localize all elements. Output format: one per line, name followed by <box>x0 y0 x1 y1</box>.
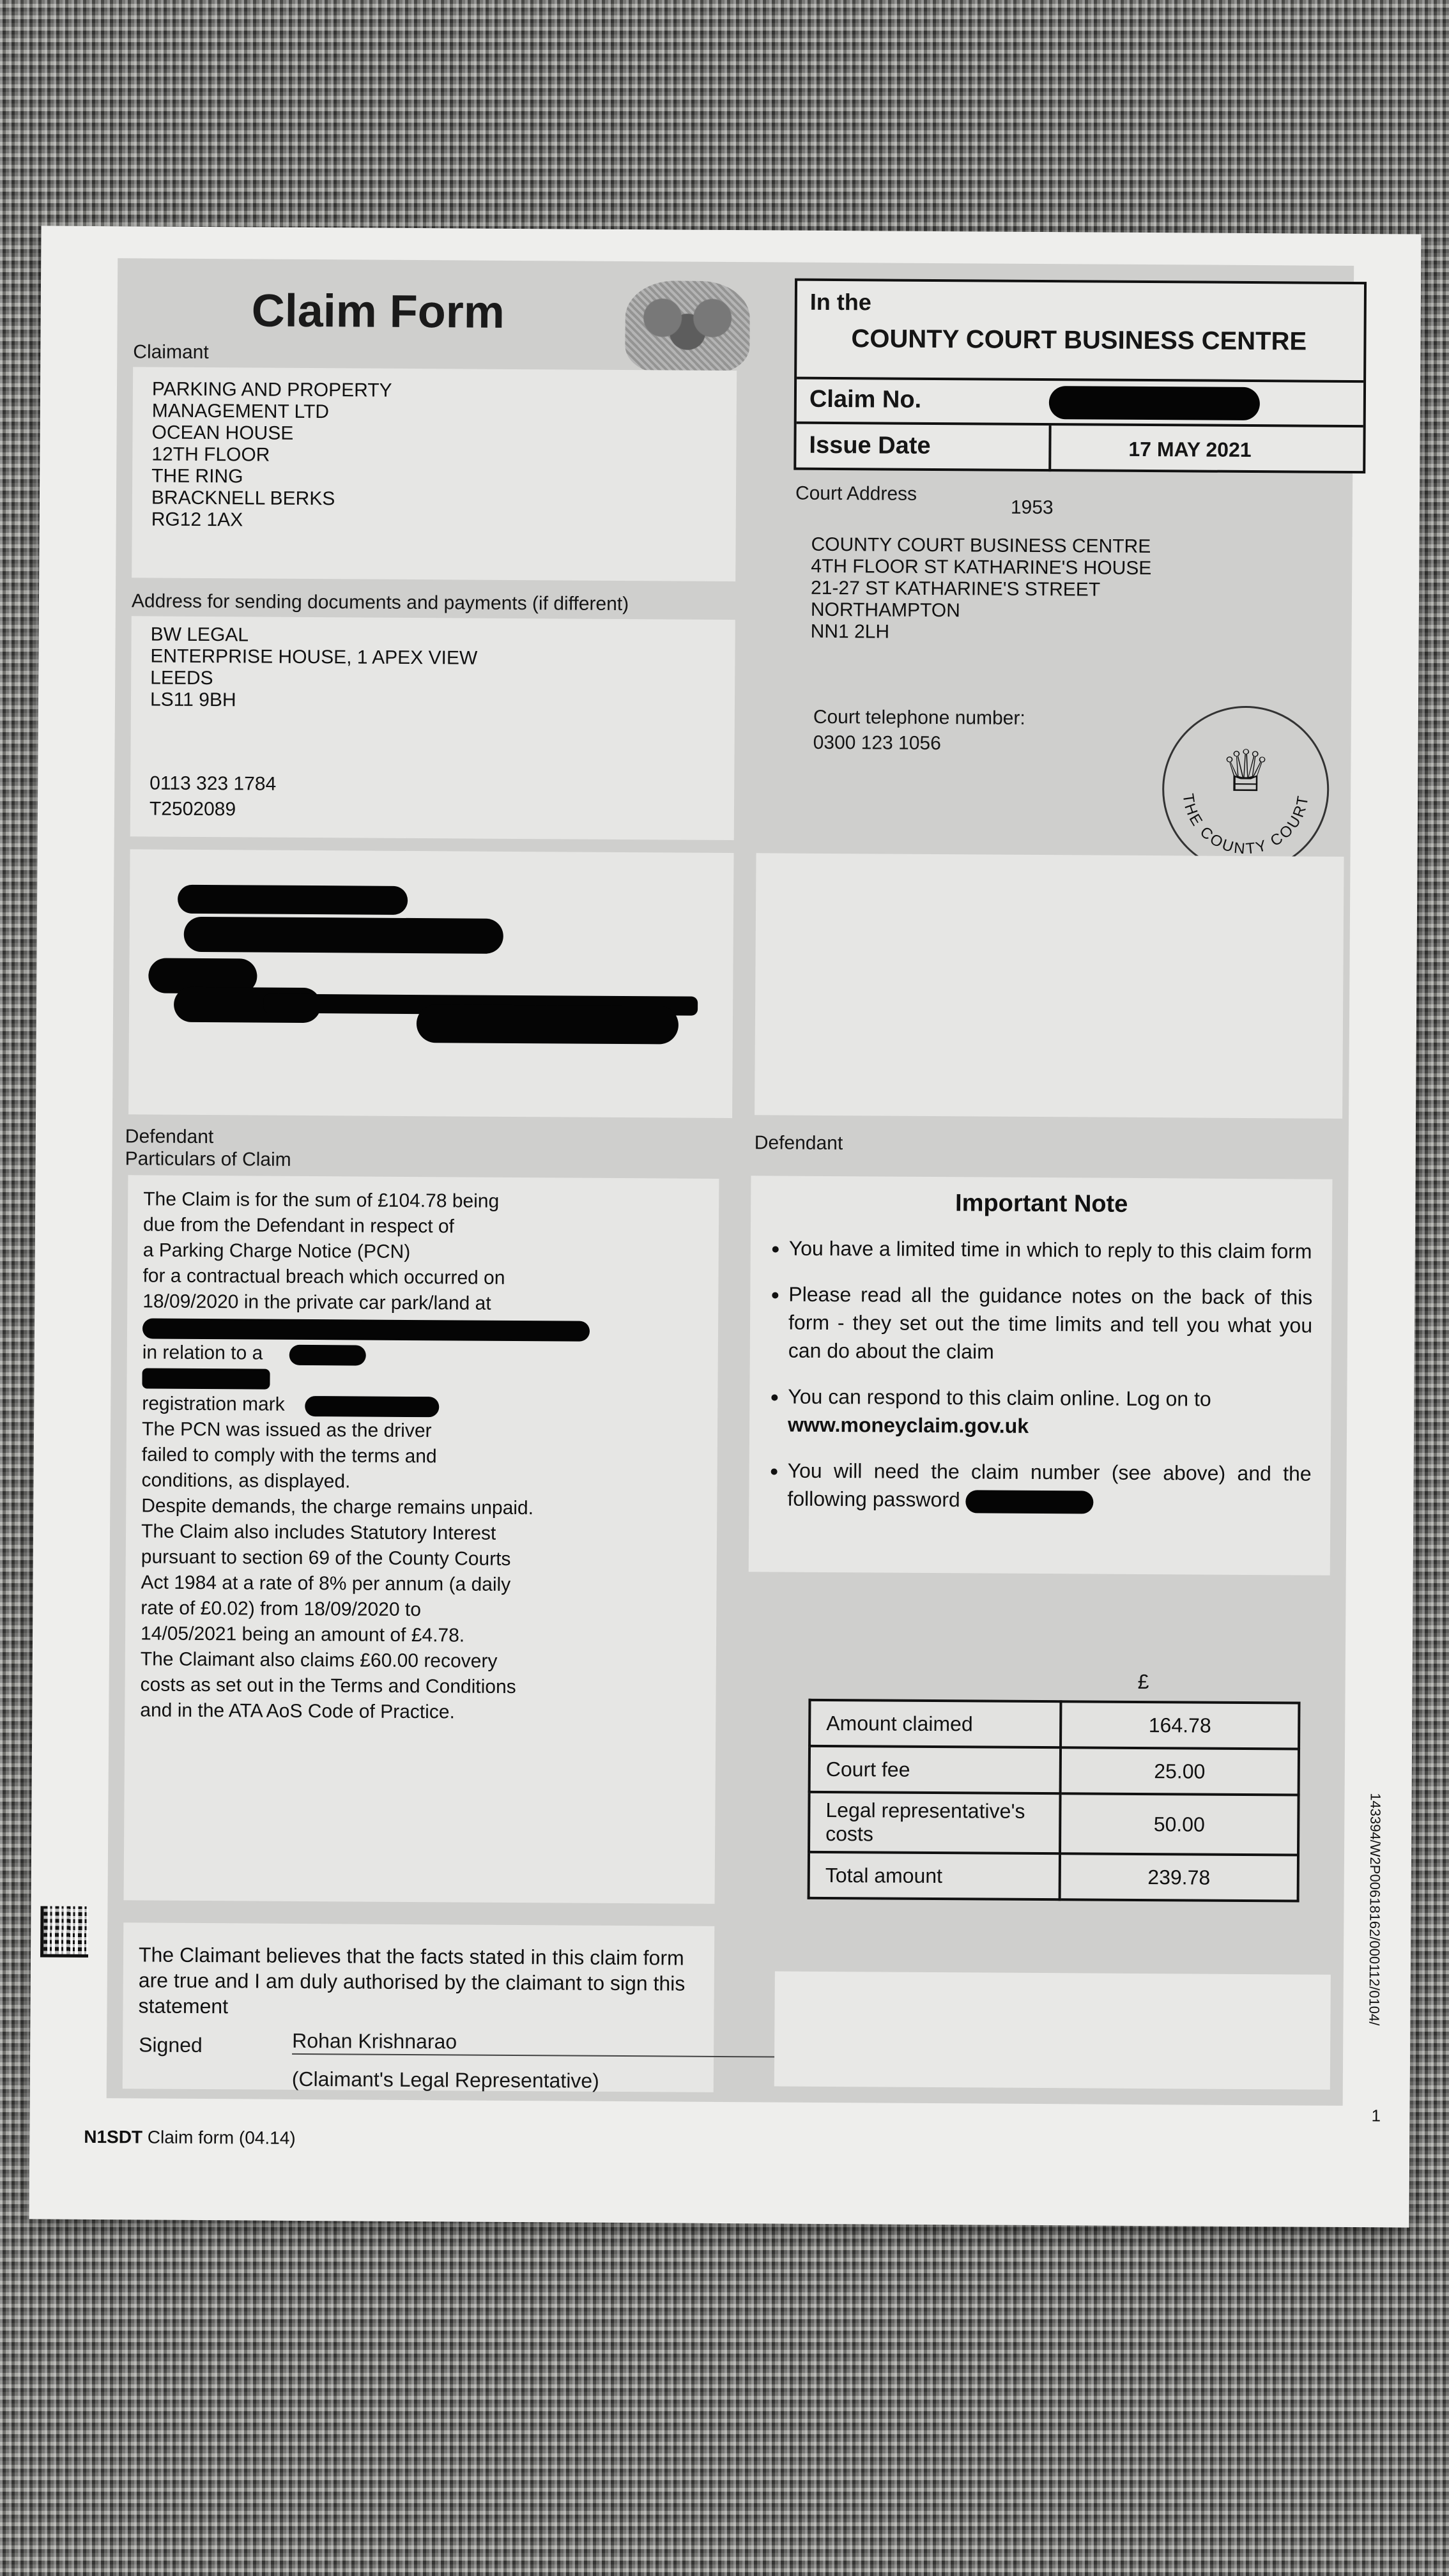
defendant-redaction-6 <box>417 1004 678 1045</box>
amount-claimed-label: Amount claimed <box>809 1700 1061 1747</box>
court-use-box <box>774 1971 1331 2089</box>
table-row: Amount claimed 164.78 <box>809 1700 1299 1749</box>
court-code: 1953 <box>1011 497 1054 519</box>
court-address: COUNTY COURT BUSINESS CENTRE 4TH FLOOR S… <box>811 534 1152 645</box>
service-phone: 0113 323 1784 <box>149 772 276 795</box>
signatory-role: (Claimant's Legal Representative) <box>292 2067 599 2093</box>
particulars-line: Act 1984 at a rate of 8% per annum (a da… <box>141 1570 701 1598</box>
particulars-line: conditions, as displayed. <box>141 1468 701 1496</box>
defendant-second-box <box>755 853 1344 1119</box>
amount-claimed-value: 164.78 <box>1061 1701 1299 1749</box>
table-row: Legal representative's costs 50.00 <box>809 1792 1299 1855</box>
particulars-line: The Claim is for the sum of £104.78 bein… <box>143 1186 703 1215</box>
service-address: BW LEGAL ENTERPRISE HOUSE, 1 APEX VIEW L… <box>150 624 478 712</box>
legal-costs-label: Legal representative's costs <box>809 1792 1061 1853</box>
total-amount-value: 239.78 <box>1060 1853 1298 1901</box>
particulars-of-claim: The Claim is for the sum of £104.78 bein… <box>124 1175 719 1904</box>
defendant-redaction-1 <box>178 885 408 915</box>
datamatrix-barcode-icon <box>40 1906 88 1957</box>
note-item-password: You will need the claim number (see abov… <box>787 1457 1312 1516</box>
in-the-label: In the <box>810 289 871 316</box>
password-redaction <box>966 1490 1094 1514</box>
claim-no-redaction <box>1049 386 1260 420</box>
legal-costs-value: 50.00 <box>1060 1793 1299 1855</box>
claimant-box: PARKING AND PROPERTY MANAGEMENT LTD OCEA… <box>132 367 737 581</box>
service-reference: T2502089 <box>149 798 236 820</box>
defendant-redaction-2 <box>184 917 503 954</box>
model-redaction <box>142 1368 270 1389</box>
court-name: COUNTY COURT BUSINESS CENTRE <box>851 325 1307 356</box>
county-court-seal: ♕ THE COUNTY COURT <box>1161 705 1330 873</box>
claimant-label: Claimant <box>133 341 209 364</box>
issue-date-label: Issue Date <box>809 432 930 460</box>
particulars-line: pursuant to section 69 of the County Cou… <box>141 1544 701 1573</box>
form-code: N1SDT Claim form (04.14) <box>84 2127 296 2149</box>
court-header-box: In the COUNTY COURT BUSINESS CENTRE Clai… <box>793 279 1367 473</box>
service-address-label: Address for sending documents and paymen… <box>132 590 629 615</box>
particulars-line: The PCN was issued as the driver <box>142 1416 702 1445</box>
svg-text:THE COUNTY COURT: THE COUNTY COURT <box>1179 792 1312 858</box>
table-row: Total amount 239.78 <box>809 1852 1298 1901</box>
page-number: 1 <box>1371 2106 1381 2126</box>
vehicle-redaction <box>289 1345 366 1366</box>
claim-form: Claim Form Claimant PARKING AND PROPERTY… <box>107 258 1354 2106</box>
defendant-label-left: Defendant <box>125 1126 214 1148</box>
statement-text: The Claimant believes that the facts sta… <box>138 1942 699 2021</box>
issue-date-value: 17 MAY 2021 <box>1128 438 1251 462</box>
particulars-line: Despite demands, the charge remains unpa… <box>141 1493 701 1522</box>
court-telephone: 0300 123 1056 <box>813 732 941 755</box>
particulars-line: failed to comply with the terms and <box>142 1442 702 1471</box>
particulars-label: Particulars of Claim <box>125 1148 291 1171</box>
important-note-title: Important Note <box>770 1188 1313 1219</box>
court-fee-label: Court fee <box>809 1746 1061 1793</box>
moneyclaim-link[interactable]: www.moneyclaim.gov.uk <box>788 1413 1029 1437</box>
particulars-line: The Claim also includes Statutory Intere… <box>141 1519 701 1547</box>
particulars-line-location <box>142 1314 703 1343</box>
particulars-line: a Parking Charge Notice (PCN) <box>143 1238 703 1266</box>
note-item-guidance: Please read all the guidance notes on th… <box>788 1280 1313 1368</box>
currency-symbol: £ <box>1138 1670 1149 1694</box>
particulars-line: and in the ATA AoS Code of Practice. <box>140 1698 700 1726</box>
particulars-line: costs as set out in the Terms and Condit… <box>140 1672 700 1701</box>
claimant-address: PARKING AND PROPERTY MANAGEMENT LTD OCEA… <box>151 378 392 532</box>
court-fee-value: 25.00 <box>1061 1747 1299 1795</box>
seal-text-ring: THE COUNTY COURT <box>1163 707 1328 871</box>
particulars-line: The Claimant also claims £60.00 recovery <box>141 1646 701 1675</box>
service-address-box: BW LEGAL ENTERPRISE HOUSE, 1 APEX VIEW L… <box>130 616 735 840</box>
statement-of-truth: The Claimant believes that the facts sta… <box>123 1922 715 2092</box>
amounts-table: Amount claimed 164.78 Court fee 25.00 Le… <box>808 1699 1301 1903</box>
document-reference: 143394/W2P00618162/000112/0104/ <box>1365 1793 1383 2025</box>
particulars-line-vehicle: in relation to a <box>142 1340 703 1368</box>
particulars-line-registration: registration mark <box>142 1391 702 1420</box>
form-title: Claim Form <box>251 284 505 338</box>
total-amount-label: Total amount <box>809 1852 1060 1899</box>
particulars-line: rate of £0.02) from 18/09/2020 to <box>141 1595 701 1624</box>
note-item-reply-time: You have a limited time in which to repl… <box>789 1234 1313 1266</box>
particulars-line: due from the Defendant in respect of <box>143 1212 703 1241</box>
defendant-label-right: Defendant <box>755 1132 843 1154</box>
particulars-line: 18/09/2020 in the private car park/land … <box>142 1289 703 1317</box>
signatory-name: Rohan Krishnarao <box>292 2029 457 2054</box>
royal-coat-of-arms-icon <box>625 280 750 374</box>
particulars-line: 14/05/2021 being an amount of £4.78. <box>141 1621 701 1650</box>
defendant-address-box <box>128 849 734 1118</box>
location-redaction <box>142 1318 590 1341</box>
note-item-online: You can respond to this claim online. Lo… <box>788 1383 1312 1442</box>
important-note: Important Note You have a limited time i… <box>749 1176 1333 1575</box>
claim-form-paper: Claim Form Claimant PARKING AND PROPERTY… <box>29 226 1421 2227</box>
court-telephone-label: Court telephone number: <box>813 707 1025 730</box>
particulars-line-model <box>142 1365 702 1394</box>
court-address-label: Court Address <box>795 483 917 505</box>
registration-redaction <box>305 1396 439 1417</box>
signed-label: Signed <box>139 2033 203 2057</box>
table-row: Court fee 25.00 <box>809 1746 1299 1795</box>
particulars-line: for a contractual breach which occurred … <box>142 1263 703 1292</box>
claim-no-label: Claim No. <box>809 386 922 414</box>
